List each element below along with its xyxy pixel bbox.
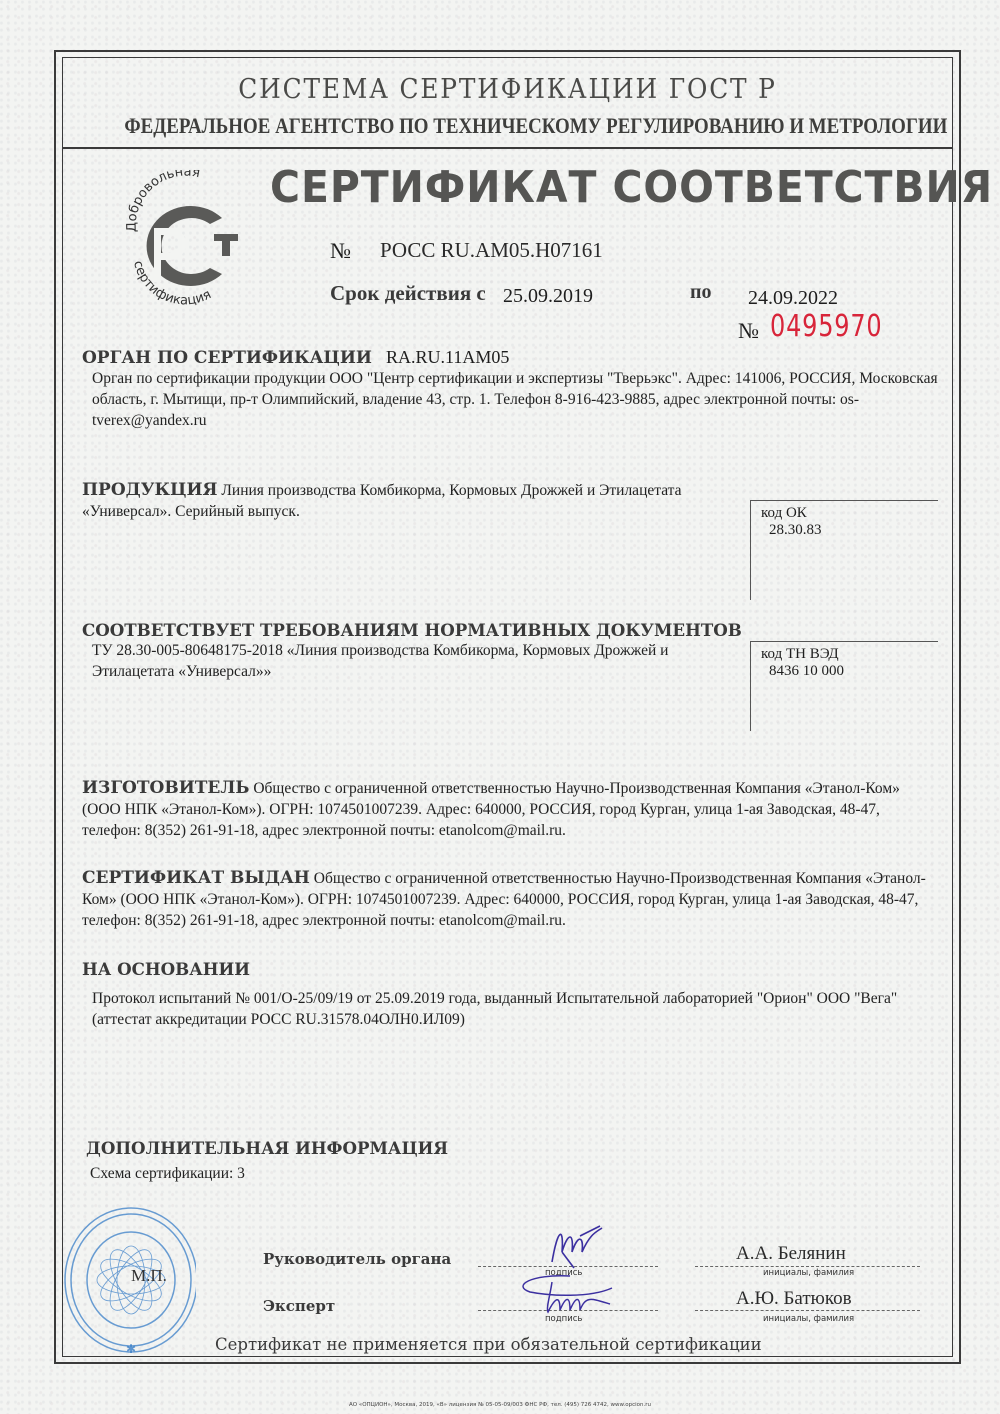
non-mandatory-note: Сертификат не применяется при обязательн… — [215, 1335, 762, 1354]
printer-imprint: АО «ОПЦИОН», Москва, 2019, «В» лицензия … — [0, 1402, 1000, 1408]
registration-number: РОСС RU.АМ05.Н07161 — [380, 238, 603, 263]
expert-name-caption: инициалы, фамилия — [763, 1314, 854, 1324]
valid-from-date: 25.09.2019 — [503, 285, 593, 308]
additional-info-text: Схема сертификации: 3 — [90, 1163, 245, 1184]
okpd-code-value: 28.30.83 — [761, 522, 928, 539]
expert-name: А.Ю. Батюков — [736, 1288, 852, 1310]
head-name-line — [695, 1266, 920, 1267]
blank-number-sign: № — [738, 318, 759, 344]
okpd-code-label: код ОК — [761, 505, 928, 522]
valid-to-date: 24.09.2022 — [748, 287, 838, 310]
stamp-placeholder-label: М.П. — [131, 1266, 167, 1286]
basis-heading: НА ОСНОВАНИИ — [82, 960, 250, 980]
blank-serial-number: 0495970 — [770, 309, 882, 344]
tnved-code-box: код ТН ВЭД 8436 10 000 — [750, 641, 938, 731]
manufacturer-section: ИЗГОТОВИТЕЛЬ Общество с ограниченной отв… — [82, 778, 942, 841]
validity-label: Срок действия с — [330, 281, 486, 306]
product-heading: ПРОДУКЦИЯ — [82, 480, 218, 500]
head-signature-icon — [540, 1222, 620, 1272]
expert-label: Эксперт — [263, 1297, 335, 1315]
head-name-caption: инициалы, фамилия — [763, 1268, 854, 1278]
certification-body-section: ОРГАН ПО СЕРТИФИКАЦИИ RA.RU.11АМ05 — [82, 347, 509, 368]
basis-text: Протокол испытаний № 001/О-25/09/19 от 2… — [92, 988, 952, 1030]
issued-to-heading: СЕРТИФИКАТ ВЫДАН — [82, 868, 310, 888]
organization-stamp-icon: ✱ — [56, 1195, 196, 1360]
expert-signature-icon — [510, 1268, 620, 1316]
number-sign: № — [330, 238, 351, 264]
head-of-body-label: Руководитель органа — [263, 1250, 451, 1268]
valid-to-label: по — [690, 281, 712, 304]
certification-body-heading: ОРГАН ПО СЕРТИФИКАЦИИ — [82, 348, 372, 368]
additional-info-heading: ДОПОЛНИТЕЛЬНАЯ ИНФОРМАЦИЯ — [86, 1139, 448, 1159]
tnved-code-label: код ТН ВЭД — [761, 646, 928, 663]
issued-to-section: СЕРТИФИКАТ ВЫДАН Общество с ограниченной… — [82, 868, 942, 931]
product-section: ПРОДУКЦИЯ Линия производства Комбикорма,… — [82, 480, 742, 522]
rst-voluntary-certification-logo-icon: Добровольная сертификация — [118, 170, 248, 310]
agency-title: ФЕДЕРАЛЬНОЕ АГЕНТСТВО ПО ТЕХНИЧЕСКОМУ РЕ… — [124, 113, 890, 139]
certification-body-text: Орган по сертификации продукции ООО "Цен… — [92, 368, 952, 431]
conformity-heading: СООТВЕТСТВУЕТ ТРЕБОВАНИЯМ НОРМАТИВНЫХ ДО… — [82, 621, 742, 641]
conformity-text: ТУ 28.30-005-80648175-2018 «Линия произв… — [92, 640, 742, 682]
manufacturer-heading: ИЗГОТОВИТЕЛЬ — [82, 778, 249, 798]
certification-body-code: RA.RU.11АМ05 — [386, 347, 509, 367]
expert-signature-caption: подпись — [545, 1314, 582, 1324]
head-of-body-name: А.А. Белянин — [736, 1243, 846, 1265]
header-divider — [62, 147, 953, 149]
expert-name-line — [695, 1310, 920, 1311]
document-title: СЕРТИФИКАТ СООТВЕТСТВИЯ — [270, 162, 993, 213]
system-title: СИСТЕМА СЕРТИФИКАЦИИ ГОСТ Р — [98, 74, 918, 105]
svg-text:✱: ✱ — [126, 1342, 136, 1356]
okpd-code-box: код ОК 28.30.83 — [750, 500, 938, 600]
tnved-code-value: 8436 10 000 — [761, 663, 928, 680]
